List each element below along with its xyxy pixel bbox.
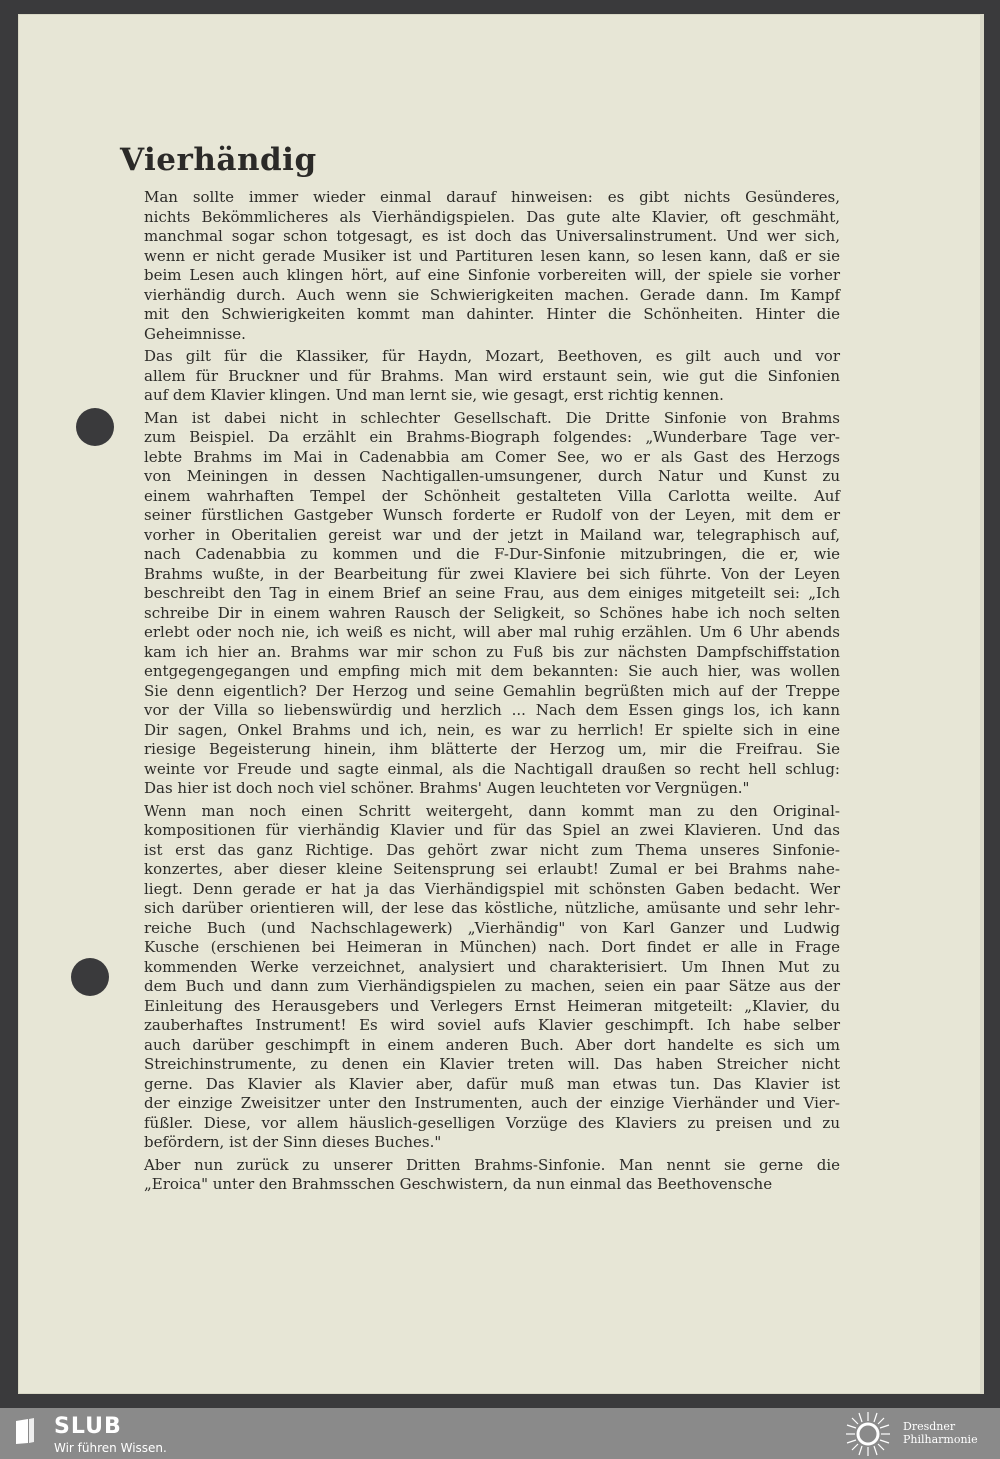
text-line: Das gilt für die Klassiker, für Haydn, M… [120,347,840,367]
text-line: kam ich hier an. Brahms war mir schon zu… [120,643,840,663]
paragraph: Wenn man noch einen Schritt weitergeht, … [120,802,840,1153]
dp-name-line1: Dresdner [903,1420,978,1433]
text-line: Kusche (erschienen bei Heimeran in Münch… [120,938,840,958]
text-line: Aber nun zurück zu unserer Dritten Brahm… [120,1156,840,1176]
text-line: einem wahrhaften Tempel der Schönheit ge… [120,487,840,507]
text-line: sich darüber orientieren will, der lese … [120,899,840,919]
punch-hole-upper [76,408,114,446]
text-line: seiner fürstlichen Gastgeber Wunsch ford… [120,506,840,526]
text-line: vierhändig durch. Auch wenn sie Schwieri… [120,286,840,306]
text-line: manchmal sogar schon totgesagt, es ist d… [120,227,840,247]
text-line: Man sollte immer wieder einmal darauf hi… [120,188,840,208]
text-line: der einzige Zweisitzer unter den Instrum… [120,1094,840,1114]
text-line: entgegengegangen und empfing mich mit de… [120,662,840,682]
punch-hole-lower [71,958,109,996]
paragraph: Das gilt für die Klassiker, für Haydn, M… [120,347,840,406]
paragraph: Aber nun zurück zu unserer Dritten Brahm… [120,1156,840,1195]
text-line: Wenn man noch einen Schritt weitergeht, … [120,802,840,822]
page-edge [980,14,984,1394]
text-line: auch darüber geschimpft in einem anderen… [120,1036,840,1056]
text-line: auf dem Klavier klingen. Und man lernt s… [120,386,840,406]
article-title: Vierhändig [120,142,840,178]
footer-bar: SLUB Wir führen Wissen. Dresdner Philhar… [0,1408,1000,1459]
text-line: schreibe Dir in einem wahren Rausch der … [120,604,840,624]
text-line: befördern, ist der Sinn dieses Buches." [120,1133,840,1153]
text-line: lebte Brahms im Mai in Cadenabbia am Com… [120,448,840,468]
text-line: Sie denn eigentlich? Der Herzog und sein… [120,682,840,702]
slub-tagline: Wir führen Wissen. [54,1441,167,1455]
text-line: von Meiningen in dessen Nachtigallen-ums… [120,467,840,487]
text-line: beim Lesen auch klingen hört, auf eine S… [120,266,840,286]
dp-name-line2: Philharmonie [903,1433,978,1446]
text-line: Brahms wußte, in der Bearbeitung für zwe… [120,565,840,585]
text-line: zum Beispiel. Da erzählt ein Brahms-Biog… [120,428,840,448]
article-body: Man sollte immer wieder einmal darauf hi… [120,188,840,1195]
text-line: riesige Begeisterung hinein, ihm blätter… [120,740,840,760]
article: Vierhändig Man sollte immer wieder einma… [120,142,840,1195]
text-line: kompositionen für vierhändig Klavier und… [120,821,840,841]
text-line: wenn er nicht gerade Musiker ist und Par… [120,247,840,267]
text-line: füßler. Diese, vor allem häuslich-gesell… [120,1114,840,1134]
dresdner-philharmonie-name: Dresdner Philharmonie [903,1420,978,1446]
dresdner-philharmonie-logo-icon[interactable] [843,1411,893,1457]
text-line: reiche Buch (und Nachschlagewerk) „Vierh… [120,919,840,939]
text-line: liegt. Denn gerade er hat ja das Vierhän… [120,880,840,900]
text-line: mit den Schwierigkeiten kommt man dahint… [120,305,840,325]
text-line: konzertes, aber dieser kleine Seitenspru… [120,860,840,880]
text-line: dem Buch und dann zum Vierhändigspielen … [120,977,840,997]
text-line: ist erst das ganz Richtige. Das gehört z… [120,841,840,861]
text-line: zauberhaftes Instrument! Es wird soviel … [120,1016,840,1036]
text-line: weinte vor Freude und sagte einmal, als … [120,760,840,780]
text-line: gerne. Das Klavier als Klavier aber, daf… [120,1075,840,1095]
text-line: nichts Bekömmlicheres als Vierhändigspie… [120,208,840,228]
slub-book-icon [14,1417,36,1445]
text-line: Einleitung des Herausgebers und Verleger… [120,997,840,1017]
text-line: Das hier ist doch noch viel schöner. Bra… [120,779,840,799]
text-line: vorher in Oberitalien gereist war und de… [120,526,840,546]
text-line: vor der Villa so liebenswürdig und herzl… [120,701,840,721]
text-line: Streichinstrumente, zu denen ein Klavier… [120,1055,840,1075]
slub-logo-text[interactable]: SLUB [54,1414,122,1439]
text-line: Man ist dabei nicht in schlechter Gesell… [120,409,840,429]
text-line: allem für Bruckner und für Brahms. Man w… [120,367,840,387]
text-line: Geheimnisse. [120,325,840,345]
scanned-page: Vierhändig Man sollte immer wieder einma… [18,14,984,1394]
paragraph: Man ist dabei nicht in schlechter Gesell… [120,409,840,799]
text-line: erlebt oder noch nie, ich weiß es nicht,… [120,623,840,643]
text-line: beschreibt den Tag in einem Brief an sei… [120,584,840,604]
paragraph: Man sollte immer wieder einmal darauf hi… [120,188,840,344]
text-line: Dir sagen, Onkel Brahms und ich, nein, e… [120,721,840,741]
text-line: „Eroica" unter den Brahmsschen Geschwist… [120,1175,840,1195]
text-line: nach Cadenabbia zu kommen und die F-Dur-… [120,545,840,565]
text-line: kommenden Werke verzeichnet, analysiert … [120,958,840,978]
